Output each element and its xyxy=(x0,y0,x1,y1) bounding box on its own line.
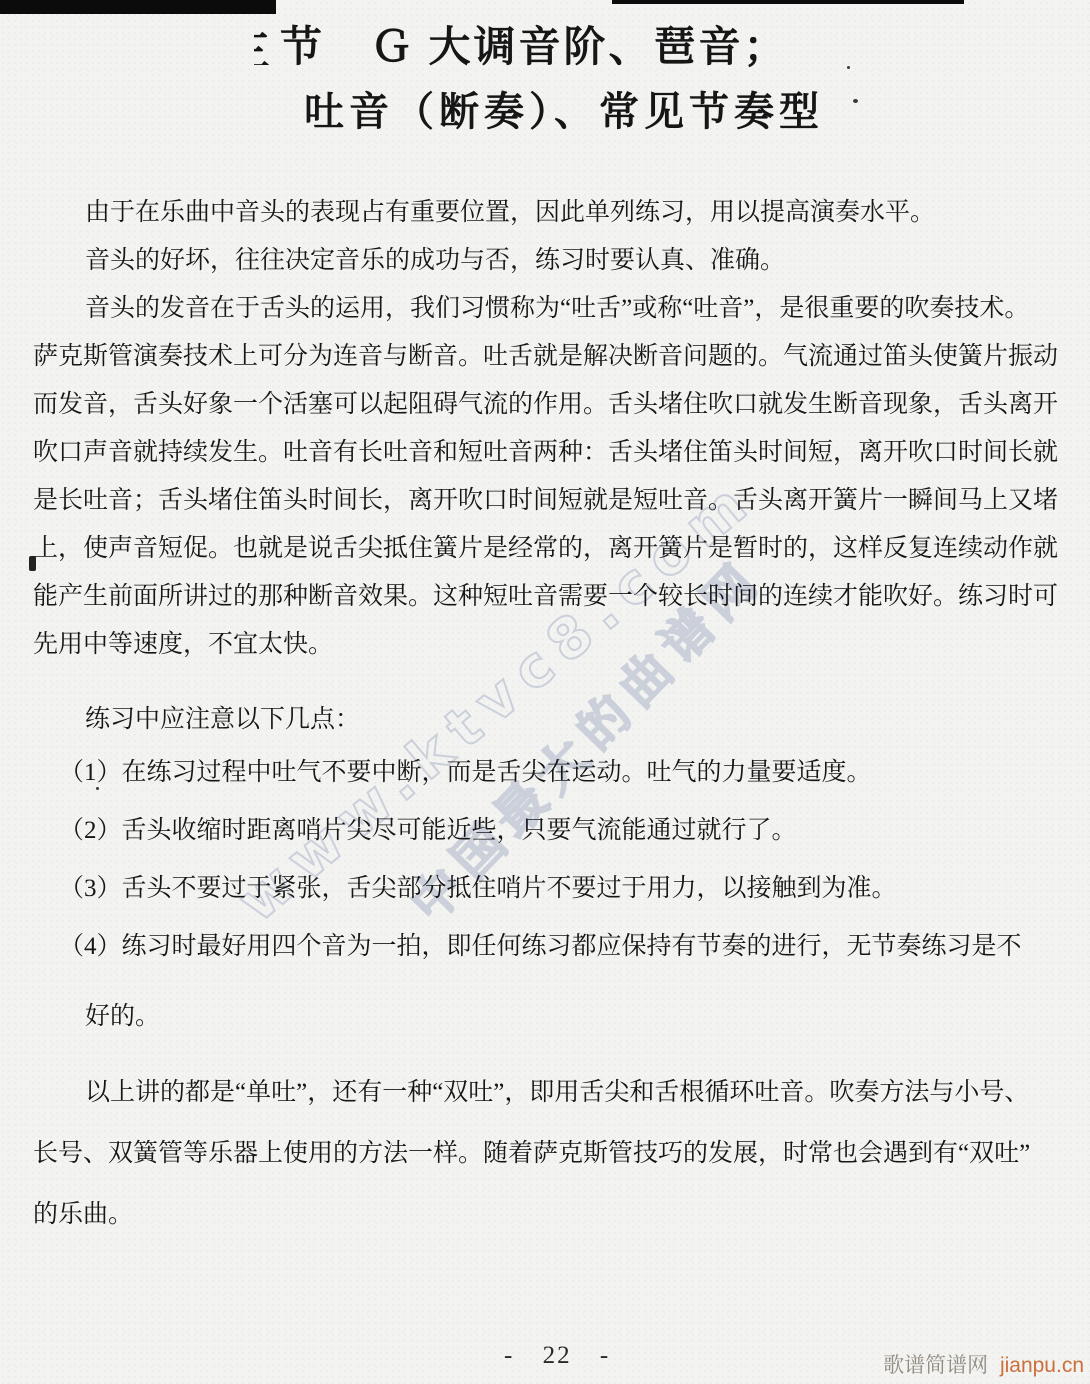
site-credit-domain: jianpu.cn xyxy=(1000,1354,1084,1377)
text-line: 的乐曲。 xyxy=(33,1184,1087,1245)
note-item-2: （2）舌头收缩时距离哨片尖尽可能近些，只要气流能通过就行了。 xyxy=(59,802,1087,860)
note-item-3: （3）舌头不要过于紧张，舌尖部分抵住哨片不要过于用力，以接触到为准。 xyxy=(59,860,1087,918)
text-line: 而发音，舌头好象一个活塞可以起阻碍气流的作用。舌头堵住吹口就发生断音现象，舌头离… xyxy=(33,382,1087,430)
text-line: 能产生前面所讲过的那种断音效果。这种短吐音需要一个较长时间的连续才能吹好。练习时… xyxy=(33,574,1087,622)
note-item-1: （1）在练习过程中吐气不要中断，而是舌尖在运动。吐气的力量要适度。 xyxy=(59,744,1087,802)
section-title-text: 节 Ｇ 大调音阶、琶音； xyxy=(280,25,789,71)
site-credit: 歌谱简谱网 jianpu.cn xyxy=(883,1349,1084,1379)
clipped-character-fragment: 三 xyxy=(254,29,270,65)
note-item-4: （4）练习时最好用四个音为一拍，即任何练习都应保持有节奏的进行，无节奏练习是不 xyxy=(59,918,1087,976)
ink-speck xyxy=(96,787,99,790)
text-line: 以上讲的都是“单吐”，还有一种“双吐”，即用舌尖和舌根循环吐音。吹奏方法与小号、 xyxy=(33,1062,1087,1123)
note-item-4-continuation: 好的。 xyxy=(33,988,1087,1046)
site-credit-name: 歌谱简谱网 xyxy=(883,1354,988,1377)
text-line: 吹口声音就持续发生。吐音有长吐音和短吐音两种：舌头堵住笛头时间短，离开吹口时间长… xyxy=(33,430,1087,478)
body-text: 由于在乐曲中音头的表现占有重要位置，因此单列练习，用以提高演奏水平。 音头的好坏… xyxy=(33,190,1087,1245)
ink-speck xyxy=(853,99,858,103)
page-number: - 22 - xyxy=(504,1342,610,1370)
text-line: 音头的发音在于舌头的运用，我们习惯称为“吐舌”或称“吐音”，是很重要的吹奏技术。 xyxy=(33,286,1087,334)
notes-heading: 练习中应注意以下几点： xyxy=(33,696,1087,744)
scanned-page: 三节 Ｇ 大调音阶、琶音； 吐音（断奏）、常见节奏型 www.ktvc8.com… xyxy=(0,0,1090,1384)
text-line: 萨克斯管演奏技术上可分为连音与断音。吐舌就是解决断音问题的。气流通过笛头使簧片振… xyxy=(33,334,1087,382)
ink-speck xyxy=(847,66,850,69)
section-title: 三节 Ｇ 大调音阶、琶音； xyxy=(254,14,789,74)
text-line: 是长吐音；舌头堵住笛头时间长，离开吹口时间短就是短吐音。舌头离开簧片一瞬间马上又… xyxy=(33,478,1087,526)
section-subtitle: 吐音（断奏）、常见节奏型 xyxy=(304,80,824,137)
scan-artifact-bar-left xyxy=(0,0,276,14)
text-line: 音头的好坏，往往决定音乐的成功与否，练习时要认真、准确。 xyxy=(33,238,1087,286)
text-line: 上，使声音短促。也就是说舌尖抵住簧片是经常的，离开簧片是暂时的，这样反复连续动作… xyxy=(33,526,1087,574)
text-line: 由于在乐曲中音头的表现占有重要位置，因此单列练习，用以提高演奏水平。 xyxy=(33,190,1087,238)
ink-speck xyxy=(29,556,36,571)
scan-artifact-bar-right xyxy=(612,0,964,4)
text-line: 长号、双簧管等乐器上使用的方法一样。随着萨克斯管技巧的发展，时常也会遇到有“双吐… xyxy=(33,1123,1087,1184)
text-line: 先用中等速度，不宜太快。 xyxy=(33,622,1087,670)
